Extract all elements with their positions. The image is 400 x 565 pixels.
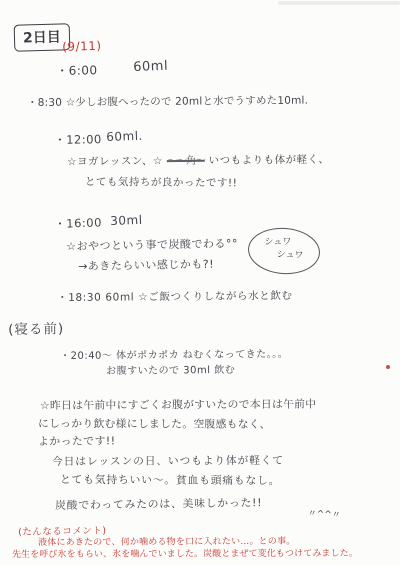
crossed-out-text: 〜〜角〜	[167, 155, 205, 167]
summary-line1: ☆昨日は午前中にすごくお腹がすいたので本日は午前中	[40, 397, 316, 413]
entry-1200-time: ・12:00	[54, 131, 102, 148]
entry-1200-amount: 60ml.	[106, 129, 143, 144]
entry-0600-time: ・6:00	[56, 61, 98, 79]
bubble-word-1: シュワ	[265, 238, 292, 249]
entry-1600-note1: ☆おやつという事で炭酸でわる°°	[66, 235, 238, 254]
day-label: 2日目	[23, 30, 61, 47]
entry-1600-amount: 30ml	[110, 213, 143, 228]
red-ink-dot	[386, 365, 390, 369]
red-note-line2: 先生を呼び氷をもらい、氷を噛んでいました。炭酸とまぜて変化もつけてみました。	[12, 546, 358, 560]
entry-1830-note: ・18:30 60ml ☆ご飯つくりしながら水と飲む	[57, 288, 293, 305]
notebook-page: 2日目 (9/11) ・6:00 60ml ・8:30 ☆少しお腹へったので 2…	[0, 0, 400, 565]
entry-2040-line1: ・20:40〜 体がポカポカ ねむくなってきた。。。	[60, 345, 288, 362]
summary-line4: 今日はレッスンの日、いつもより体が軽くて	[52, 453, 284, 469]
summary-line6: 炭酸でわってみたのは、美味しかった!!	[55, 495, 262, 513]
summary-line3: よかったです!!	[38, 433, 116, 449]
entry-1200-note-line1: ☆ヨガレッスン、☆ 〜〜角〜 いつもよりも体が軽く、	[67, 152, 329, 169]
entry-0600-amount: 60ml	[133, 59, 168, 75]
yoga-note-tail: いつもよりも体が軽く、	[209, 154, 330, 167]
yoga-note-head: ☆ヨガレッスン、☆	[67, 155, 163, 168]
date-label: (9/11)	[62, 39, 102, 54]
entry-1600-note2: →あきたらいい感じかも?!	[78, 256, 214, 274]
before-bed-label: (寝る前)	[8, 317, 64, 338]
fizzy-bubble-annotation: シュワ シュワ	[246, 226, 321, 277]
entry-1200-note-line2: とても気持ちが良かったです!!	[85, 174, 238, 190]
summary-line5: とても気持ちいい〜。貧血も頭痛もなし。	[60, 472, 280, 488]
bubble-word-2: シュワ	[276, 250, 303, 262]
summary-line2: にしっかり飲む様にしました。空腹感もなく、	[38, 416, 271, 432]
entry-0830-note: ・8:30 ☆少しお腹へったので 20mlと水でうすめた10ml.	[27, 93, 308, 110]
entry-2040-line2: お腹すいたので 30ml 飲む	[106, 361, 235, 377]
smiley-mark: 〃^^〃	[307, 506, 341, 521]
scan-artifact	[278, 1, 400, 5]
entry-1600-time: ・16:00	[54, 214, 102, 232]
